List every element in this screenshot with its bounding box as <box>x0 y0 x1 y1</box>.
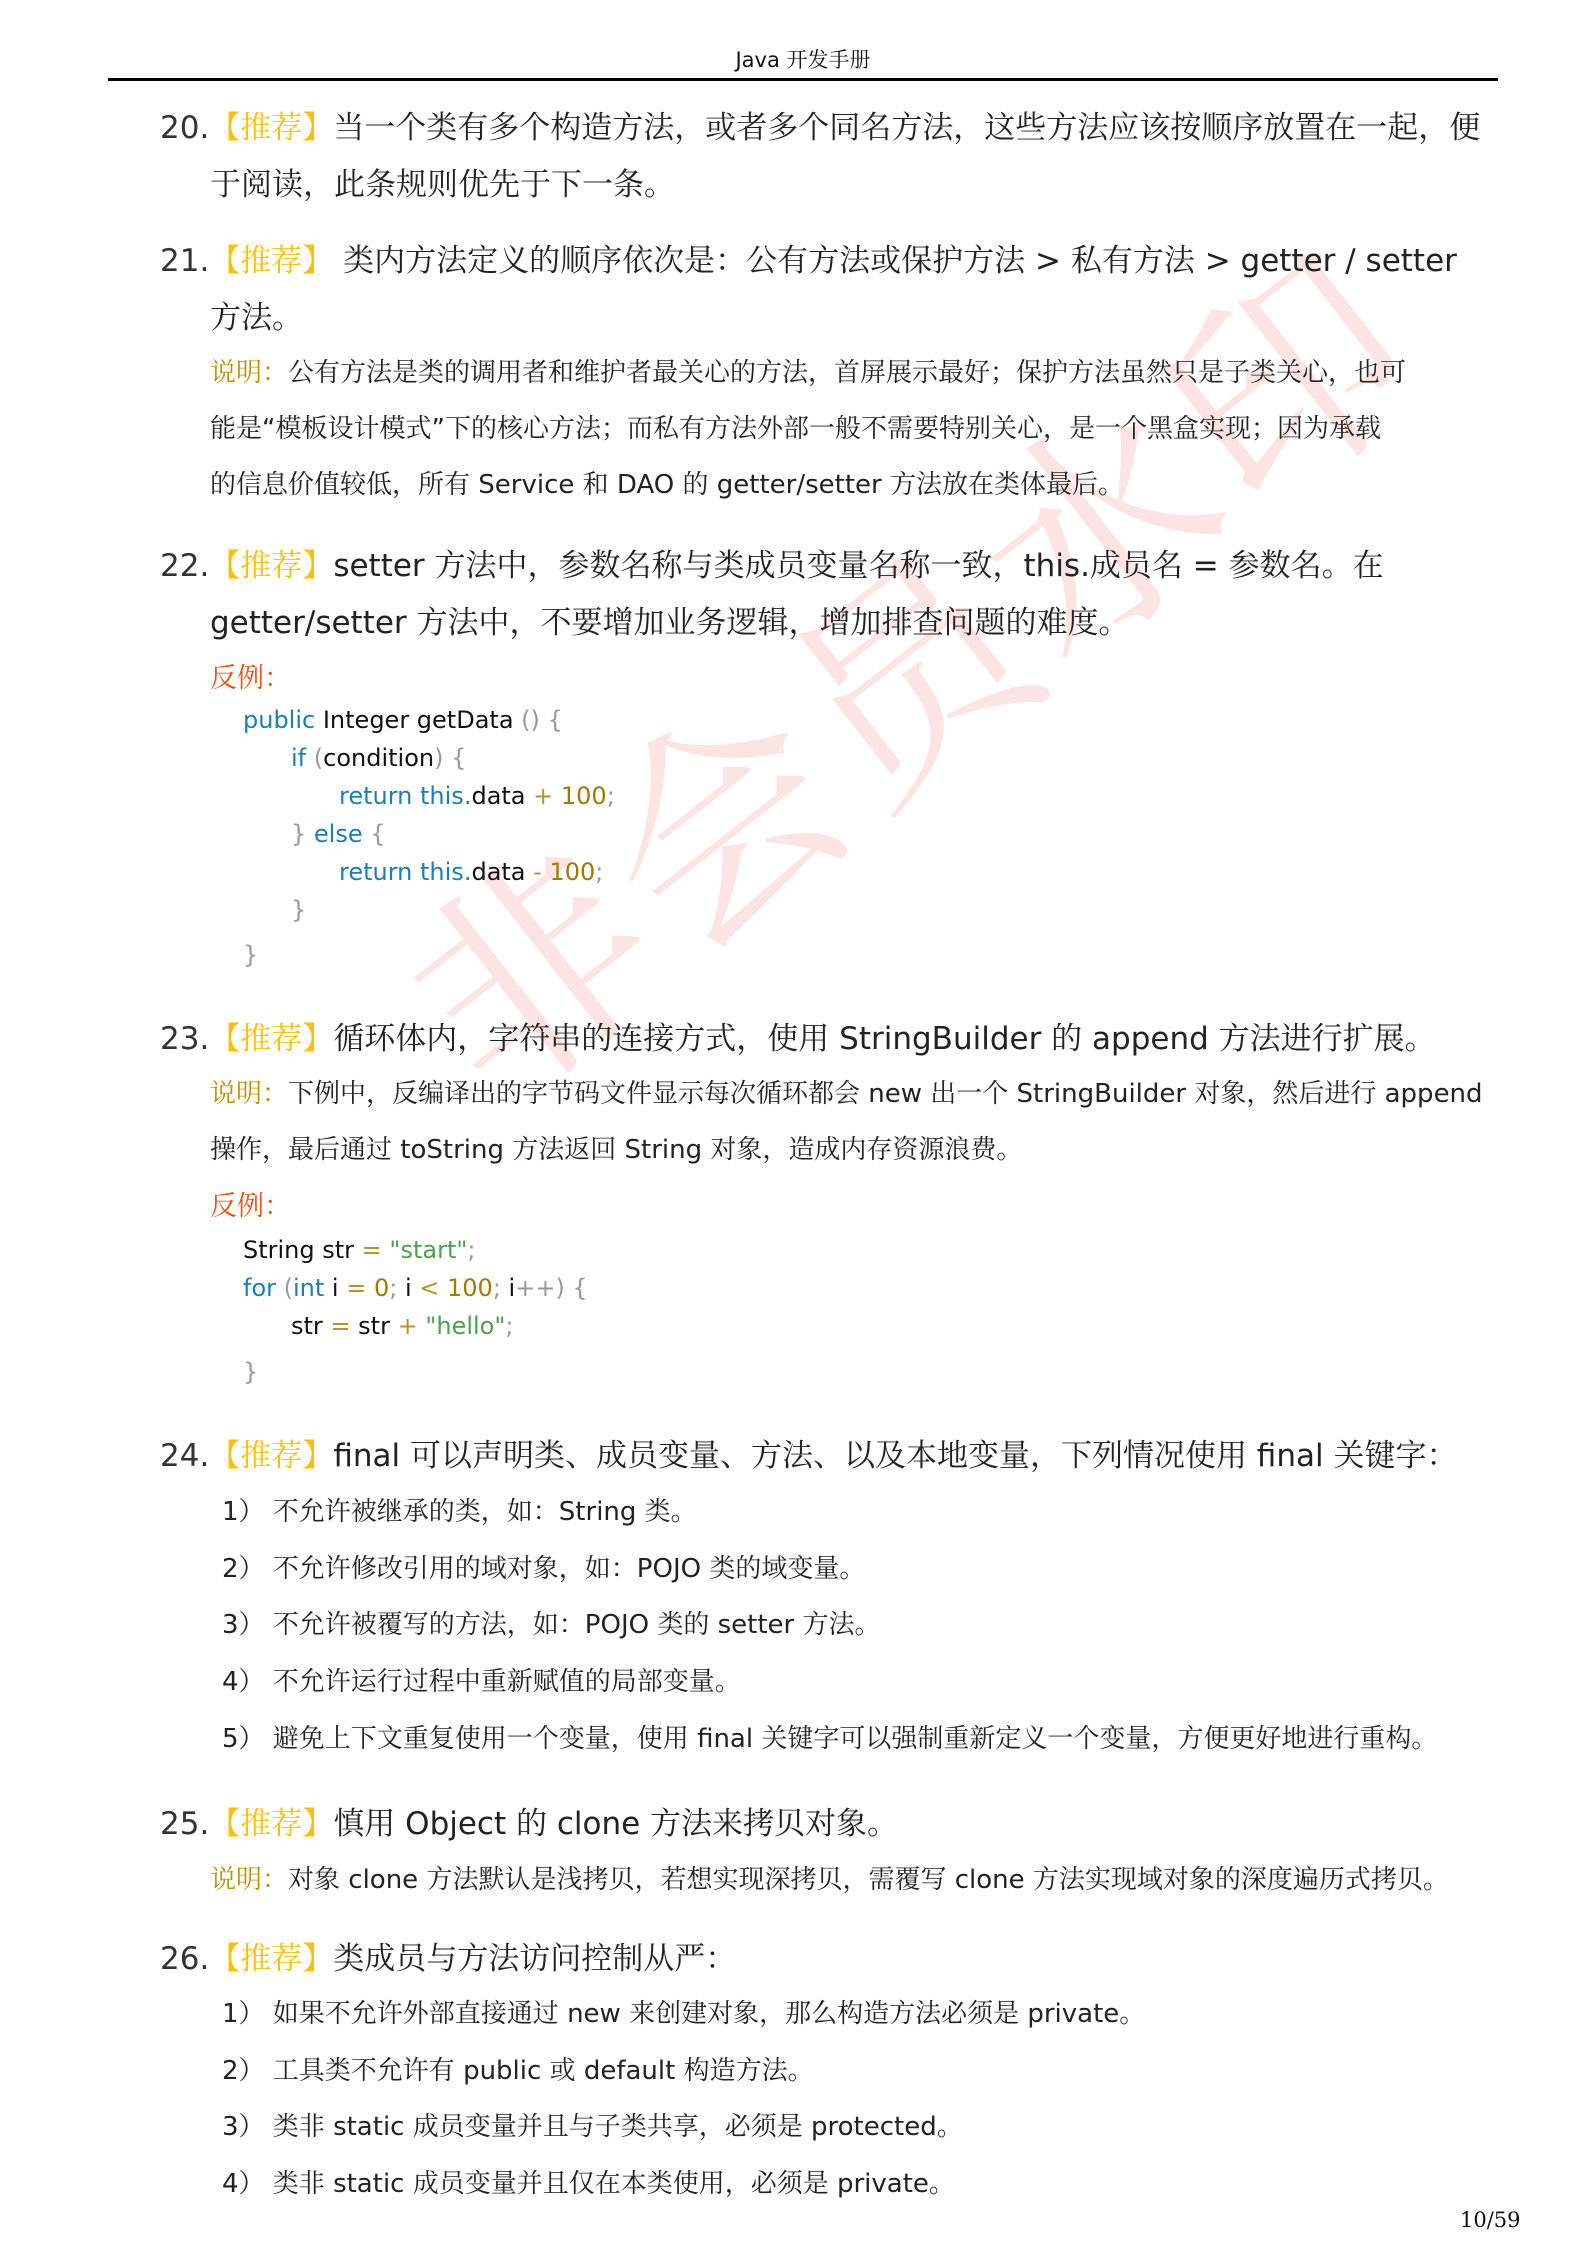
rule-text: 类内方法定义的顺序依次是：公有方法或保护方法 > 私有方法 > getter /… <box>333 243 1457 279</box>
note-text: 对象 clone 方法默认是浅拷贝，若想实现深拷贝，需覆写 clone 方法实现… <box>288 1865 1449 1895</box>
sub-item: 4） 类非 static 成员变量并且仅在本类使用，必须是 private。 <box>222 2163 955 2200</box>
rule-20-title: 20.【推荐】当一个类有多个构造方法，或者多个同名方法，这些方法应该按顺序放置在… <box>160 102 1480 147</box>
rule-23-title: 23.【推荐】循环体内，字符串的连接方式，使用 StringBuilder 的 … <box>160 1013 1436 1058</box>
code-line: for (int i = 0; i < 100; i++) { <box>243 1274 588 1302</box>
rule-25-note: 说明：对象 clone 方法默认是浅拷贝，若想实现深拷贝，需覆写 clone 方… <box>210 1859 1449 1896</box>
note-text: 公有方法是类的调用者和维护者最关心的方法，首屏展示最好；保护方法虽然只是子类关心… <box>288 358 1406 388</box>
sub-item: 1） 如果不允许外部直接通过 new 来创建对象，那么构造方法必须是 priva… <box>222 1993 1145 2030</box>
rule-26-title: 26.【推荐】类成员与方法访问控制从严： <box>160 1933 736 1978</box>
rule-21-title: 21.【推荐】 类内方法定义的顺序依次是：公有方法或保护方法 > 私有方法 > … <box>160 235 1457 280</box>
rule-20-cont: 于阅读，此条规则优先于下一条。 <box>210 159 675 204</box>
sub-item: 2） 工具类不允许有 public 或 default 构造方法。 <box>222 2050 814 2087</box>
recommend-tag: 【推荐】 <box>209 243 333 279</box>
rule-text: setter 方法中，参数名称与类成员变量名称一致，this.成员名 = 参数名… <box>333 548 1383 584</box>
sub-item: 5） 避免上下文重复使用一个变量，使用 final 关键字可以强制重新定义一个变… <box>222 1718 1437 1755</box>
rule-number: 23. <box>160 1021 209 1057</box>
rule-number: 21. <box>160 243 209 279</box>
sub-item: 1） 不允许被继承的类，如：String 类。 <box>222 1491 697 1528</box>
rule-text: final 可以声明类、成员变量、方法、以及本地变量，下列情况使用 final … <box>333 1438 1457 1474</box>
counter-example-label: 反例： <box>210 656 291 695</box>
rule-21-cont: 方法。 <box>210 292 303 337</box>
code-line: } <box>243 941 258 969</box>
recommend-tag: 【推荐】 <box>209 110 333 146</box>
code-line: public Integer getData () { <box>243 706 563 734</box>
note-label: 说明： <box>210 358 288 388</box>
counter-example-label: 反例： <box>210 1184 291 1223</box>
note-label: 说明： <box>210 1865 288 1895</box>
rule-text: 慎用 Object 的 clone 方法来拷贝对象。 <box>333 1806 898 1842</box>
header-divider <box>108 78 1498 81</box>
recommend-tag: 【推荐】 <box>209 1941 333 1977</box>
watermark: 非会员水印 <box>330 161 1479 1161</box>
sub-item: 4） 不允许运行过程中重新赋值的局部变量。 <box>222 1661 741 1698</box>
code-line: str = str + "hello"; <box>291 1312 513 1340</box>
code-line: String str = "start"; <box>243 1236 476 1264</box>
rule-number: 20. <box>160 110 209 146</box>
note-text: 下例中，反编译出的字节码文件显示每次循环都会 new 出一个 StringBui… <box>288 1079 1483 1109</box>
code-line: if (condition) { <box>291 744 466 772</box>
page-header: Java 开发手册 <box>108 44 1498 74</box>
sub-item: 3） 不允许被覆写的方法，如：POJO 类的 setter 方法。 <box>222 1604 881 1641</box>
sub-item: 3） 类非 static 成员变量并且与子类共享，必须是 protected。 <box>222 2106 963 2143</box>
rule-number: 22. <box>160 548 209 584</box>
rule-number: 24. <box>160 1438 209 1474</box>
recommend-tag: 【推荐】 <box>209 548 333 584</box>
rule-23-note: 说明：下例中，反编译出的字节码文件显示每次循环都会 new 出一个 String… <box>210 1073 1483 1110</box>
recommend-tag: 【推荐】 <box>209 1806 333 1842</box>
rule-22-cont: getter/setter 方法中，不要增加业务逻辑，增加排查问题的难度。 <box>210 597 1130 642</box>
rule-text: 类成员与方法访问控制从严： <box>333 1941 736 1977</box>
rule-23-note-2: 操作，最后通过 toString 方法返回 String 对象，造成内存资源浪费… <box>210 1129 1022 1166</box>
page-number: 10/59 <box>1460 2208 1521 2232</box>
code-line: return this.data + 100; <box>339 782 615 810</box>
rule-number: 26. <box>160 1941 209 1977</box>
note-label: 说明： <box>210 1079 288 1109</box>
code-line: } <box>291 896 306 924</box>
code-line: return this.data - 100; <box>339 858 603 886</box>
rule-22-title: 22.【推荐】setter 方法中，参数名称与类成员变量名称一致，this.成员… <box>160 540 1384 585</box>
recommend-tag: 【推荐】 <box>209 1021 333 1057</box>
rule-21-note-3: 的信息价值较低，所有 Service 和 DAO 的 getter/setter… <box>210 464 1124 501</box>
rule-25-title: 25.【推荐】慎用 Object 的 clone 方法来拷贝对象。 <box>160 1798 898 1843</box>
rule-text: 当一个类有多个构造方法，或者多个同名方法，这些方法应该按顺序放置在一起，便 <box>333 110 1480 146</box>
rule-number: 25. <box>160 1806 209 1842</box>
sub-item: 2） 不允许修改引用的域对象，如：POJO 类的域变量。 <box>222 1548 865 1585</box>
recommend-tag: 【推荐】 <box>209 1438 333 1474</box>
code-line: } else { <box>291 820 386 848</box>
rule-21-note: 说明：公有方法是类的调用者和维护者最关心的方法，首屏展示最好；保护方法虽然只是子… <box>210 352 1406 389</box>
code-line: } <box>243 1358 258 1386</box>
rule-24-title: 24.【推荐】final 可以声明类、成员变量、方法、以及本地变量，下列情况使用… <box>160 1430 1457 1475</box>
rule-text: 循环体内，字符串的连接方式，使用 StringBuilder 的 append … <box>333 1021 1435 1057</box>
rule-21-note-2: 能是“模板设计模式”下的核心方法；而私有方法外部一般不需要特别关心，是一个黑盒实… <box>210 408 1381 445</box>
